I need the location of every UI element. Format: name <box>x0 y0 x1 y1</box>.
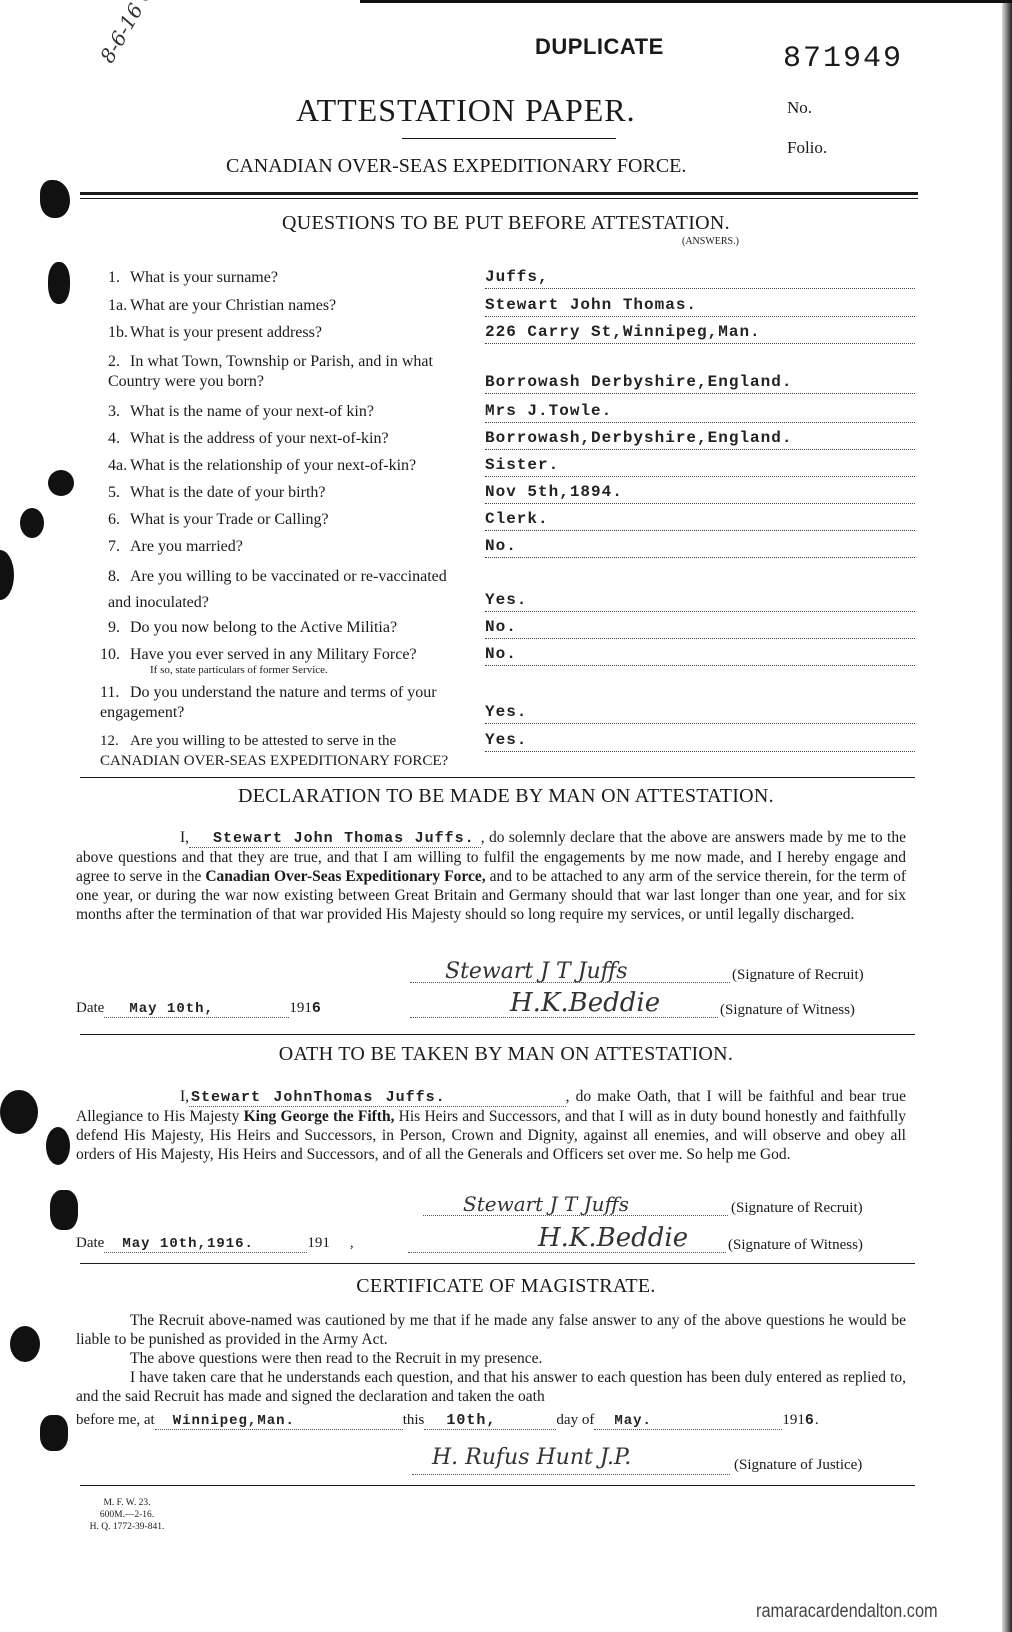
margin-note: 8-6-16 Cab B4 <box>95 0 189 68</box>
regimental-number: 871949 <box>783 42 903 76</box>
questions-title: QUESTIONS TO BE PUT BEFORE ATTESTATION. <box>0 212 1012 235</box>
witness-signature-label: (Signature of Witness) <box>720 1002 855 1019</box>
answer-understand-terms[interactable]: Yes. <box>485 703 915 724</box>
question-10: 10.Have you ever served in any Military … <box>100 645 470 665</box>
document-subtitle: CANADIAN OVER-SEAS EXPEDITIONARY FORCE. <box>226 155 686 178</box>
header-rule-thin <box>80 198 918 199</box>
question-6: 6.What is your Trade or Calling? <box>108 510 468 530</box>
answer-military-service[interactable]: No. <box>485 645 915 666</box>
punch-hole <box>20 508 44 538</box>
answer-next-of-kin-name[interactable]: Mrs J.Towle. <box>485 402 915 423</box>
punch-hole <box>48 262 70 304</box>
question-4: 4.What is the address of your next-of-ki… <box>108 429 468 449</box>
question-9: 9.Do you now belong to the Active Militi… <box>108 618 468 638</box>
oath-recruit-signature-row: Stewart J T Juffs (Signature of Recruit) <box>423 1198 905 1222</box>
magistrate-end-rule <box>80 1485 915 1486</box>
oath-date-row: DateMay 10th,1916.191, H.K.Beddie (Signa… <box>76 1235 906 1259</box>
punch-hole <box>0 550 14 600</box>
punch-hole <box>46 1127 70 1165</box>
magistrate-place-date-row: before me, atWinnipeg,Man.this10th,day o… <box>76 1412 906 1430</box>
oath-end-rule <box>80 1263 915 1264</box>
answer-next-of-kin-relationship[interactable]: Sister. <box>485 456 915 477</box>
justice-signature-row: H. Rufus Hunt J.P. (Signature of Justice… <box>412 1455 906 1479</box>
duplicate-stamp: DUPLICATE <box>535 34 664 60</box>
punch-hole <box>40 1415 68 1451</box>
question-3: 3.What is the name of your next-of kin? <box>108 402 468 422</box>
form-code: H. Q. 1772-39-841. <box>72 1521 182 1533</box>
punch-hole <box>48 470 74 496</box>
justice-signature[interactable]: H. Rufus Hunt J.P. <box>412 1445 730 1475</box>
form-code: 600M.—2-16. <box>72 1509 182 1521</box>
question-12: 12.Are you willing to be attested to ser… <box>100 731 470 771</box>
question-1a: 1a.What are your Christian names? <box>108 296 468 316</box>
answer-willing-to-serve[interactable]: Yes. <box>485 731 915 752</box>
page-edge-shadow <box>1002 0 1012 1632</box>
magistrate-title: CERTIFICATE OF MAGISTRATE. <box>0 1275 1012 1298</box>
question-8: 8.Are you willing to be vaccinated or re… <box>108 564 468 616</box>
declaration-recruit-signature-row: Stewart J T Juffs (Signature of Recruit) <box>410 965 905 989</box>
question-1b: 1b.What is your present address? <box>108 323 468 343</box>
question-7: 7.Are you married? <box>108 537 468 557</box>
recruit-signature-label: (Signature of Recruit) <box>732 967 864 984</box>
question-11: 11.Do you understand the nature and term… <box>100 683 470 723</box>
magistrate-para-1: The Recruit above-named was cautioned by… <box>76 1311 906 1349</box>
form-code: M. F. W. 23. <box>72 1497 182 1509</box>
answers-label: (ANSWERS.) <box>682 236 739 247</box>
header-rule <box>80 192 918 195</box>
magistrate-para-2: The above questions were then read to th… <box>76 1349 906 1368</box>
witness-signature[interactable]: H.K.Beddie <box>410 988 718 1018</box>
question-2: 2.In what Town, Township or Parish, and … <box>108 352 468 392</box>
margin-note-text: 8-6-16 Cab B4 <box>95 0 188 67</box>
answer-next-of-kin-address[interactable]: Borrowash,Derbyshire,England. <box>485 429 915 450</box>
punch-hole <box>50 1190 78 1230</box>
punch-hole <box>10 1326 40 1362</box>
oath-witness-signature-label: (Signature of Witness) <box>728 1237 863 1254</box>
answer-present-address[interactable]: 226 Carry St,Winnipeg,Man. <box>485 323 915 344</box>
question-1: 1.What is your surname? <box>108 268 468 288</box>
answer-birth-date[interactable]: Nov 5th,1894. <box>485 483 915 504</box>
folio-label: Folio. <box>787 138 827 158</box>
question-4a: 4a.What is the relationship of your next… <box>108 456 468 476</box>
answer-trade[interactable]: Clerk. <box>485 510 915 531</box>
declaration-name-field[interactable]: Stewart John Thomas Juffs. <box>189 830 481 848</box>
declaration-end-rule <box>80 1034 915 1035</box>
oath-recruit-signature[interactable]: Stewart J T Juffs <box>423 1192 728 1216</box>
oath-title: OATH TO BE TAKEN BY MAN ON ATTESTATION. <box>0 1043 1012 1066</box>
watermark: ramaracardendalton.com <box>756 1601 938 1623</box>
declaration-date-row: DateMay 10th,1916 H.K.Beddie (Signature … <box>76 1000 906 1024</box>
oath-name-field[interactable]: Stewart JohnThomas Juffs. <box>189 1089 566 1107</box>
declaration-text: I,Stewart John Thomas Juffs., do solemnl… <box>76 828 906 924</box>
answer-married[interactable]: No. <box>485 537 915 558</box>
oath-date-field[interactable]: May 10th,1916. <box>104 1236 307 1253</box>
punch-hole <box>0 1090 38 1134</box>
questions-end-rule <box>80 777 915 778</box>
answer-christian-names[interactable]: Stewart John Thomas. <box>485 296 915 317</box>
oath-recruit-signature-label: (Signature of Recruit) <box>731 1200 863 1217</box>
question-5: 5.What is the date of your birth? <box>108 483 468 503</box>
oath-witness-signature[interactable]: H.K.Beddie <box>408 1223 726 1253</box>
declaration-date-field[interactable]: May 10th, <box>104 1001 289 1018</box>
question-10-note: If so, state particulars of former Servi… <box>150 664 328 676</box>
answer-active-militia[interactable]: No. <box>485 618 915 639</box>
declaration-title: DECLARATION TO BE MADE BY MAN ON ATTESTA… <box>0 785 1012 808</box>
page-top-edge <box>360 0 1012 3</box>
answer-surname[interactable]: Juffs, <box>485 268 915 289</box>
document-title: ATTESTATION PAPER. <box>296 92 636 129</box>
magistrate-para-3: I have taken care that he understands ea… <box>76 1368 906 1406</box>
form-codes: M. F. W. 23. 600M.—2-16. H. Q. 1772-39-8… <box>72 1497 182 1533</box>
justice-signature-label: (Signature of Justice) <box>734 1457 862 1474</box>
answer-birthplace[interactable]: Borrowash Derbyshire,England. <box>485 373 915 394</box>
magistrate-day-field[interactable]: 10th, <box>424 1412 556 1430</box>
answer-vaccinated[interactable]: Yes. <box>485 591 915 612</box>
oath-text: I,Stewart JohnThomas Juffs., do make Oat… <box>76 1087 906 1164</box>
title-divider <box>402 138 616 139</box>
recruit-signature[interactable]: Stewart J T Juffs <box>410 959 730 983</box>
magistrate-month-field[interactable]: May. <box>594 1413 782 1430</box>
no-label: No. <box>787 98 812 118</box>
magistrate-place-field[interactable]: Winnipeg,Man. <box>155 1413 403 1430</box>
